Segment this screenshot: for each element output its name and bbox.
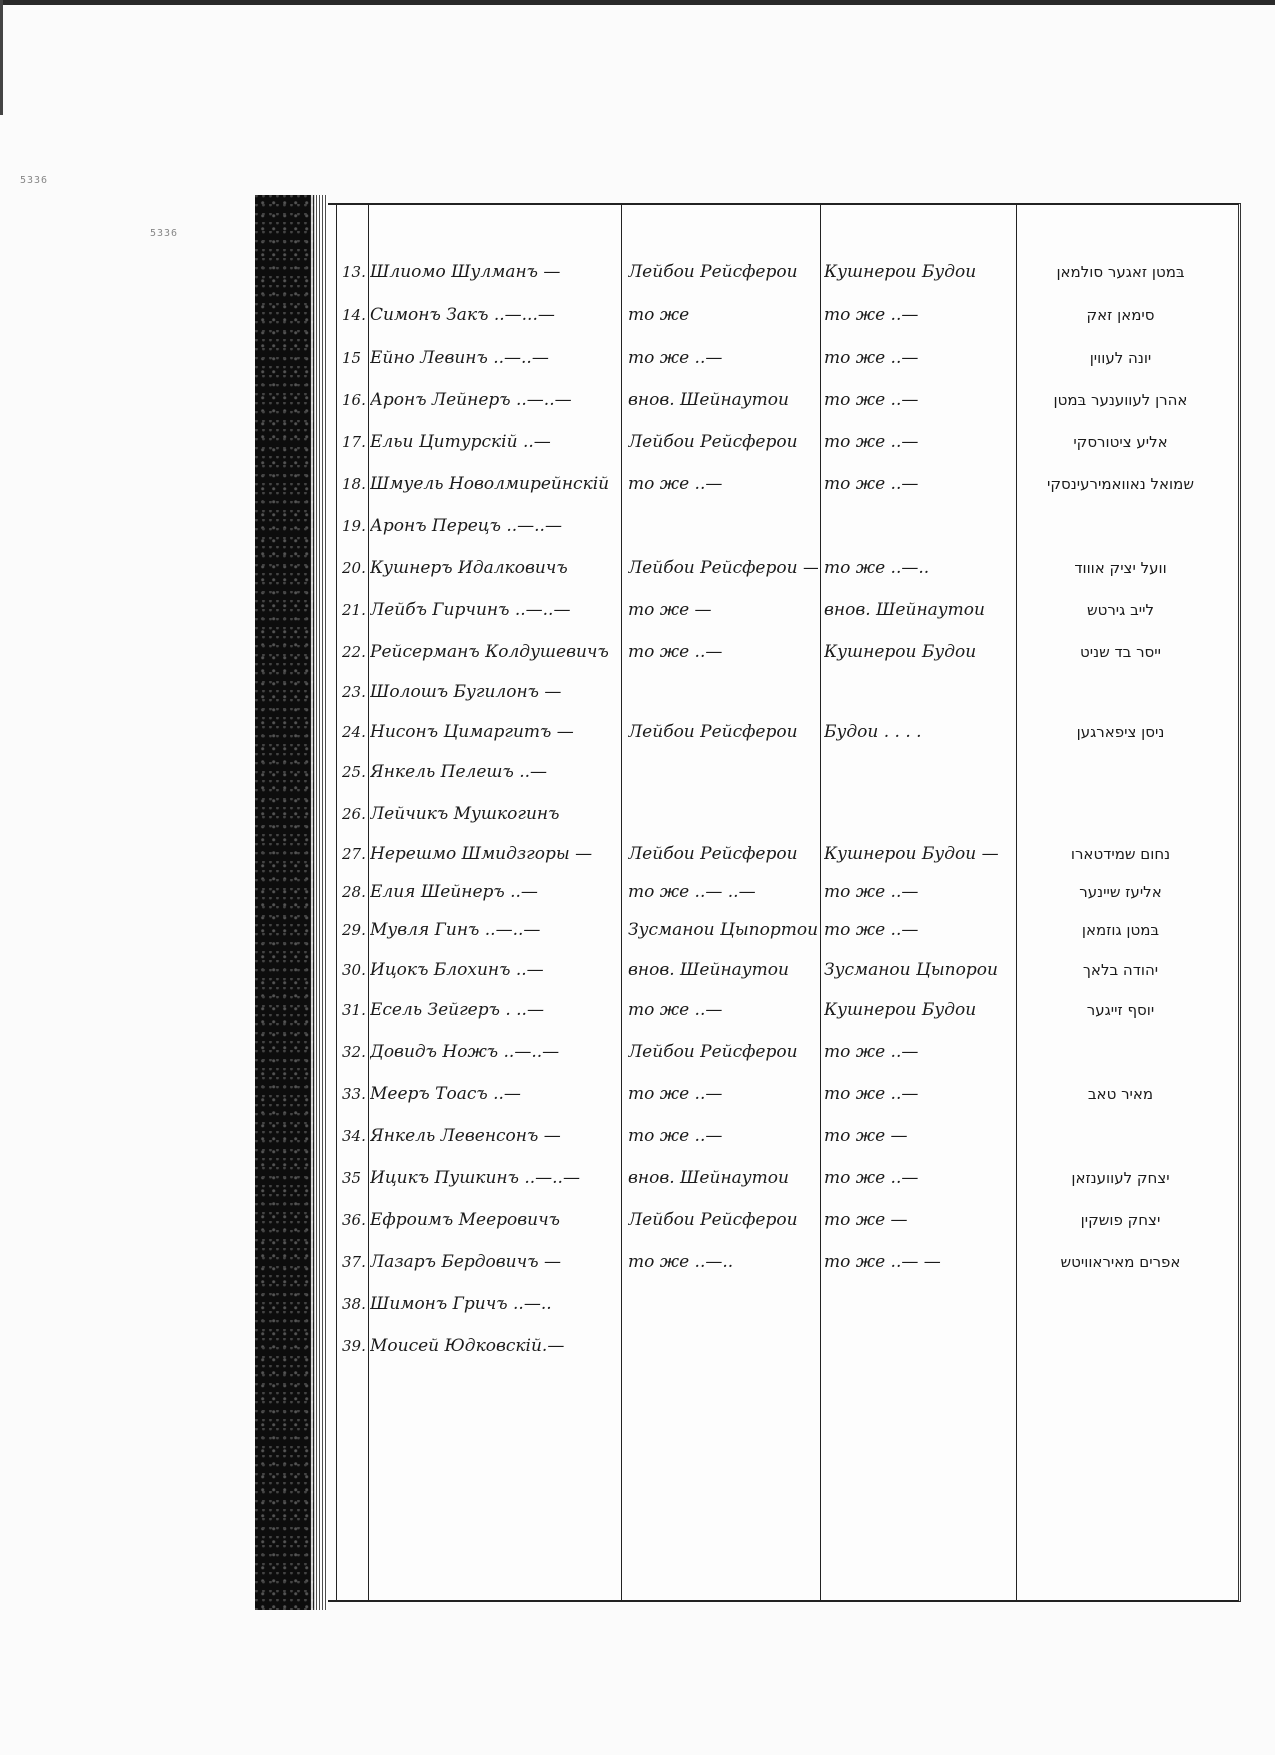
hebrew-annotation: בּמטן גוזמאן <box>1018 913 1223 947</box>
register-row: 15Ейно Левинъ ..—..—то же ..—то же ..—יו… <box>328 341 1238 375</box>
register-row: 38.Шимонъ Гричъ ..—.. <box>328 1287 1238 1321</box>
row-number: 39. <box>342 1329 368 1363</box>
register-row: 32.Довидъ Ножъ ..—..—Лейбои Рейсфероито … <box>328 1035 1238 1069</box>
father-name: то же ..— <box>628 635 818 669</box>
person-name: Ицикъ Пушкинъ ..—..— <box>370 1161 616 1195</box>
person-name: Аронъ Перецъ ..—..— <box>370 509 616 543</box>
mother-name: то же — <box>824 1203 1014 1237</box>
scan-top-border <box>0 0 1275 5</box>
mother-name: Будои . . . . <box>824 715 1014 749</box>
person-name: Кушнеръ Идалковичъ <box>370 551 616 585</box>
row-number: 38. <box>342 1287 368 1321</box>
scanned-page: 13.Шлиомо Шулманъ —Лейбои РейсфероиКушне… <box>255 195 1255 1610</box>
person-name: Елия Шейнеръ ..— <box>370 875 616 909</box>
mother-name: Кушнерои Будои <box>824 635 1014 669</box>
person-name: Ейно Левинъ ..—..— <box>370 341 616 375</box>
hebrew-annotation: ייסר בד שניט <box>1018 635 1223 669</box>
row-number: 24. <box>342 715 368 749</box>
register-row: 29.Мувля Гинъ ..—..—Зусманои Цыпортоито … <box>328 913 1238 947</box>
row-number: 31. <box>342 993 368 1027</box>
father-name: то же <box>628 298 818 332</box>
person-name: Аронъ Лейнеръ ..—..— <box>370 383 616 417</box>
mother-name: то же ..—.. <box>824 551 1014 585</box>
father-name: внов. Шейнаутои <box>628 1161 818 1195</box>
register-row: 20.Кушнеръ ИдалковичъЛейбои Рейсферои —т… <box>328 551 1238 585</box>
person-name: Нисонъ Цимаргитъ — <box>370 715 616 749</box>
row-number: 36. <box>342 1203 368 1237</box>
register-row: 21.Лейбъ Гирчинъ ..—..—то же —внов. Шейн… <box>328 593 1238 627</box>
row-number: 33. <box>342 1077 368 1111</box>
person-name: Шмуель Новолмирейнскій <box>370 467 616 501</box>
mother-name: то же ..— <box>824 875 1014 909</box>
father-name: Лейбои Рейсферои — <box>628 551 818 585</box>
register-row: 16.Аронъ Лейнеръ ..—..—внов. Шейнаутоито… <box>328 383 1238 417</box>
father-name: то же — <box>628 593 818 627</box>
register-row: 18.Шмуель Новолмирейнскійто же ..—то же … <box>328 467 1238 501</box>
mother-name: то же ..— <box>824 1161 1014 1195</box>
row-number: 35 <box>342 1161 368 1195</box>
page-edges <box>310 195 328 1610</box>
register-row: 36.Ефроимъ МееровичъЛейбои Рейсфероито ж… <box>328 1203 1238 1237</box>
father-name: внов. Шейнаутои <box>628 383 818 417</box>
row-number: 13. <box>342 255 368 289</box>
register-row: 34.Янкель Левенсонъ —то же ..—то же — <box>328 1119 1238 1153</box>
row-number: 18. <box>342 467 368 501</box>
register-row: 37.Лазаръ Бердовичъ —то же ..—..то же ..… <box>328 1245 1238 1279</box>
row-number: 16. <box>342 383 368 417</box>
person-name: Янкель Пелешъ ..— <box>370 755 616 789</box>
row-number: 14. <box>342 298 368 332</box>
person-name: Нерешмо Шмидзгоры — <box>370 837 616 871</box>
father-name: то же ..— <box>628 1077 818 1111</box>
row-number: 27. <box>342 837 368 871</box>
register-row: 26.Лейчикъ Мушкогинъ <box>328 797 1238 831</box>
person-name: Рейсерманъ Колдушевичъ <box>370 635 616 669</box>
register-row: 27.Нерешмо Шмидзгоры —Лейбои РейсфероиКу… <box>328 837 1238 871</box>
row-number: 34. <box>342 1119 368 1153</box>
father-name: то же ..—.. <box>628 1245 818 1279</box>
mother-name: Кушнерои Будои <box>824 993 1014 1027</box>
register-row: 28.Елия Шейнеръ ..—то же ..— ..—то же ..… <box>328 875 1238 909</box>
scan-footer-noise <box>370 1660 820 1674</box>
hebrew-annotation: יונה לעווין <box>1018 341 1223 375</box>
row-number: 32. <box>342 1035 368 1069</box>
hebrew-annotation: בּמטן זאגער סולמאן <box>1018 255 1223 289</box>
father-name: Лейбои Рейсферои <box>628 425 818 459</box>
mother-name: Кушнерои Будои — <box>824 837 1014 871</box>
hebrew-annotation: מאיר טאב <box>1018 1077 1223 1111</box>
hebrew-annotation: וועל יציק אוווד <box>1018 551 1223 585</box>
row-number: 30. <box>342 953 368 987</box>
hebrew-annotation: יוסף זייגער <box>1018 993 1223 1027</box>
row-number: 37. <box>342 1245 368 1279</box>
mother-name: то же ..— <box>824 913 1014 947</box>
row-number: 29. <box>342 913 368 947</box>
mother-name: то же ..— <box>824 1035 1014 1069</box>
row-number: 22. <box>342 635 368 669</box>
person-name: Шимонъ Гричъ ..—.. <box>370 1287 616 1321</box>
father-name: Зусманои Цыпортои <box>628 913 818 947</box>
row-number: 28. <box>342 875 368 909</box>
father-name: то же ..— <box>628 993 818 1027</box>
father-name: Лейбои Рейсферои <box>628 1203 818 1237</box>
row-number: 19. <box>342 509 368 543</box>
person-name: Ицокъ Блохинъ ..— <box>370 953 616 987</box>
hebrew-annotation: נחום שמידטארו <box>1018 837 1223 871</box>
register-row: 31.Есель Зейгеръ . ..—то же ..—Кушнерои … <box>328 993 1238 1027</box>
person-name: Ефроимъ Мееровичъ <box>370 1203 616 1237</box>
register-row: 30.Ицокъ Блохинъ ..—внов. ШейнаутоиЗусма… <box>328 953 1238 987</box>
row-number: 25. <box>342 755 368 789</box>
person-name: Мувля Гинъ ..—..— <box>370 913 616 947</box>
father-name: Лейбои Рейсферои <box>628 715 818 749</box>
person-name: Лейбъ Гирчинъ ..—..— <box>370 593 616 627</box>
person-name: Мееръ Тоасъ ..— <box>370 1077 616 1111</box>
row-number: 17. <box>342 425 368 459</box>
father-name: Лейбои Рейсферои <box>628 837 818 871</box>
register-row: 19.Аронъ Перецъ ..—..— <box>328 509 1238 543</box>
person-name: Есель Зейгеръ . ..— <box>370 993 616 1027</box>
register-row: 35Ицикъ Пушкинъ ..—..—внов. Шейнаутоито … <box>328 1161 1238 1195</box>
mother-name: то же ..— <box>824 298 1014 332</box>
row-number: 21. <box>342 593 368 627</box>
hebrew-annotation: אליעז שיינער <box>1018 875 1223 909</box>
register-row: 13.Шлиомо Шулманъ —Лейбои РейсфероиКушне… <box>328 255 1238 289</box>
hebrew-annotation: יהודה בלאך <box>1018 953 1223 987</box>
row-number: 15 <box>342 341 368 375</box>
scan-left-edge <box>0 0 3 115</box>
register-row: 23.Шолошъ Бугилонъ — <box>328 675 1238 709</box>
father-name: то же ..— <box>628 1119 818 1153</box>
hebrew-annotation: אהרן לעווענער בּמטן <box>1018 383 1223 417</box>
person-name: Янкель Левенсонъ — <box>370 1119 616 1153</box>
father-name: Лейбои Рейсферои <box>628 1035 818 1069</box>
register-row: 25.Янкель Пелешъ ..— <box>328 755 1238 789</box>
archive-stamp: 5336 <box>150 228 178 239</box>
father-name: внов. Шейнаутои <box>628 953 818 987</box>
person-name: Моисей Юдковскій.— <box>370 1329 616 1363</box>
register-rows: 13.Шлиомо Шулманъ —Лейбои РейсфероиКушне… <box>328 205 1238 1600</box>
archive-stamp: 5336 <box>20 175 48 186</box>
register-row: 17.Ельи Цитурскій ..—Лейбои Рейсфероито … <box>328 425 1238 459</box>
hebrew-annotation: אפרים מאיראוויטש <box>1018 1245 1223 1279</box>
register-row: 22.Рейсерманъ Колдушевичъто же ..—Кушнер… <box>328 635 1238 669</box>
mother-name: то же ..— <box>824 1077 1014 1111</box>
father-name: то же ..— ..— <box>628 875 818 909</box>
person-name: Шолошъ Бугилонъ — <box>370 675 616 709</box>
person-name: Ельи Цитурскій ..— <box>370 425 616 459</box>
mother-name: Кушнерои Будои <box>824 255 1014 289</box>
hebrew-annotation: יצחק לעווענזאן <box>1018 1161 1223 1195</box>
mother-name: Зусманои Цыпорои <box>824 953 1014 987</box>
book-binding <box>255 195 315 1610</box>
father-name: Лейбои Рейсферои <box>628 255 818 289</box>
register-row: 33.Мееръ Тоасъ ..—то же ..—то же ..—מאיר… <box>328 1077 1238 1111</box>
person-name: Довидъ Ножъ ..—..— <box>370 1035 616 1069</box>
person-name: Шлиомо Шулманъ — <box>370 255 616 289</box>
person-name: Симонъ Закъ ..—...— <box>370 298 616 332</box>
mother-name: то же ..— — <box>824 1245 1014 1279</box>
person-name: Лейчикъ Мушкогинъ <box>370 797 616 831</box>
row-number: 20. <box>342 551 368 585</box>
mother-name: то же ..— <box>824 341 1014 375</box>
hebrew-annotation: סימאן זאק <box>1018 298 1223 332</box>
register-row: 24.Нисонъ Цимаргитъ —Лейбои РейсфероиБуд… <box>328 715 1238 749</box>
person-name: Лазаръ Бердовичъ — <box>370 1245 616 1279</box>
register-row: 39.Моисей Юдковскій.— <box>328 1329 1238 1363</box>
register-table: 13.Шлиомо Шулманъ —Лейбои РейсфероиКушне… <box>328 203 1241 1602</box>
hebrew-annotation: לייב גירטש <box>1018 593 1223 627</box>
row-number: 23. <box>342 675 368 709</box>
mother-name: то же ..— <box>824 467 1014 501</box>
mother-name: внов. Шейнаутои <box>824 593 1014 627</box>
hebrew-annotation: יצחק פושקין <box>1018 1203 1223 1237</box>
father-name: то же ..— <box>628 467 818 501</box>
hebrew-annotation: ניסן ציפארגען <box>1018 715 1223 749</box>
register-row: 14.Симонъ Закъ ..—...—то жето же ..—סימא… <box>328 298 1238 332</box>
mother-name: то же ..— <box>824 383 1014 417</box>
row-number: 26. <box>342 797 368 831</box>
mother-name: то же — <box>824 1119 1014 1153</box>
hebrew-annotation: אליע ציטורסקי <box>1018 425 1223 459</box>
father-name: то же ..— <box>628 341 818 375</box>
hebrew-annotation: שמואל נאוואמירעינסקי <box>1018 467 1223 501</box>
mother-name: то же ..— <box>824 425 1014 459</box>
